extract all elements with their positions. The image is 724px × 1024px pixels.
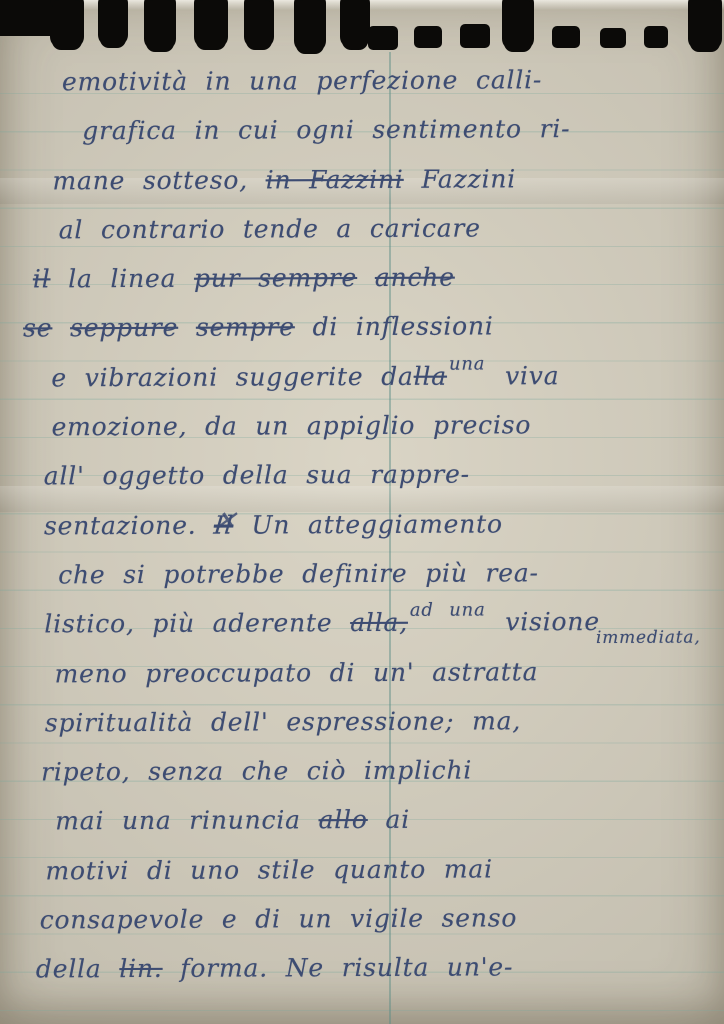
handwritten-text: emotività in una perfezione calli-grafic… (0, 64, 724, 1004)
segment-text: forma. Ne risulta un'e- (163, 953, 514, 984)
segment-text: spiritualità dell' espressione; ma, (45, 706, 521, 737)
segment-text: mane sotteso, (52, 165, 265, 195)
segment-sup: ad una (410, 600, 486, 621)
segment-scribble: Il (213, 510, 235, 539)
segment-text: viva (487, 361, 559, 390)
text-line: listico, più aderente alla,ad una vision… (0, 607, 724, 659)
segment-strike: in Fazzini (266, 164, 404, 194)
segment-text (178, 313, 196, 342)
text-line: all' oggetto della sua rappre- (0, 459, 724, 511)
segment-text: visione (488, 607, 600, 636)
segment-text: grafica in cui ogni sentimento ri- (82, 114, 570, 145)
segment-text: mai una rinuncia (55, 806, 318, 836)
binding-strip (0, 0, 724, 60)
binding-hole-mark (296, 0, 324, 54)
text-line: che si potrebbe definire più rea- (0, 557, 724, 609)
segment-strike: anche (375, 263, 455, 292)
text-line: se seppure sempre di inflessioni (0, 311, 723, 363)
segment-text: ai (368, 805, 410, 834)
text-line: motivi di uno stile quanto mai (1, 853, 724, 905)
binding-hole-mark (0, 0, 56, 36)
segment-text (357, 263, 375, 292)
segment-strike: lla (414, 361, 447, 390)
text-line: ripeto, senza che ciò implichi (1, 755, 724, 807)
binding-hole-mark (644, 26, 668, 48)
binding-hole-mark (600, 28, 626, 48)
binding-hole-mark (504, 0, 532, 52)
binding-hole-mark (196, 0, 226, 50)
segment-text: ripeto, senza che ciò implichi (41, 756, 472, 787)
binding-hole-mark (100, 0, 126, 48)
text-line: emotività in una perfezione calli- (0, 64, 722, 116)
segment-strike: lin. (119, 954, 162, 983)
segment-text: meno preoccupato di un' astratta (55, 657, 539, 688)
text-line: della lin. forma. Ne risulta un'e- (2, 952, 724, 1004)
binding-hole-mark (52, 0, 82, 50)
segment-text: emozione, da un appiglio preciso (51, 410, 531, 441)
text-line: meno preoccupato di un' astratta (1, 656, 724, 708)
binding-hole-mark (146, 0, 174, 52)
segment-text: che si potrebbe definire più rea- (58, 558, 539, 589)
segment-text: all' oggetto della sua rappre- (44, 460, 470, 491)
text-line: spiritualità dell' espressione; ma, (1, 705, 724, 757)
binding-hole-mark (368, 26, 398, 50)
text-line: al contrario tende a caricare (0, 212, 723, 264)
binding-hole-mark (552, 26, 580, 48)
text-line: grafica in cui ogni sentimento ri- (0, 114, 722, 166)
segment-text: Fazzini (404, 164, 516, 193)
text-line: emozione, da un appiglio preciso (0, 409, 724, 461)
segment-strike: il (33, 265, 51, 294)
segment-strike: pur sempre (194, 263, 357, 293)
segment-text: sentazione. (44, 510, 214, 540)
segment-strike: se (23, 314, 52, 343)
segment-sup: una (449, 353, 485, 374)
binding-hole-mark (246, 0, 272, 50)
segment-text: emotività in una perfezione calli- (62, 65, 542, 96)
binding-hole-mark (690, 0, 720, 52)
text-line: consapevole e di un vigile senso (2, 902, 724, 954)
binding-hole-mark (460, 24, 490, 48)
segment-text: listico, più aderente (44, 608, 350, 638)
text-line: mai una rinuncia allo ai (1, 804, 724, 856)
segment-strike: sempre (196, 313, 295, 342)
segment-text (52, 314, 70, 343)
scanned-notebook-page: emotività in una perfezione calli-grafic… (0, 0, 724, 1024)
segment-text: della (36, 954, 120, 983)
binding-hole-mark (414, 26, 442, 48)
segment-sub: immediata, (596, 628, 701, 648)
segment-strike: alla, (350, 608, 408, 637)
segment-text: consapevole e di un vigile senso (40, 903, 518, 934)
binding-hole-mark (342, 0, 368, 50)
segment-text: di inflessioni (295, 312, 494, 342)
segment-text: e vibrazioni suggerite da (51, 362, 413, 393)
text-line: sentazione. Il Un atteggiamento (0, 508, 724, 560)
segment-strike: seppure (70, 313, 178, 342)
segment-text: motivi di uno stile quanto mai (45, 854, 493, 885)
segment-text: al contrario tende a caricare (59, 213, 481, 244)
text-line: mane sotteso, in Fazzini Fazzini (0, 163, 723, 215)
segment-text: la linea (50, 264, 194, 294)
text-line: il la linea pur sempre anche (0, 262, 723, 314)
segment-strike: allo (318, 805, 367, 834)
text-line: e vibrazioni suggerite dallauna viva (0, 360, 723, 412)
segment-text: Un atteggiamento (234, 509, 503, 539)
